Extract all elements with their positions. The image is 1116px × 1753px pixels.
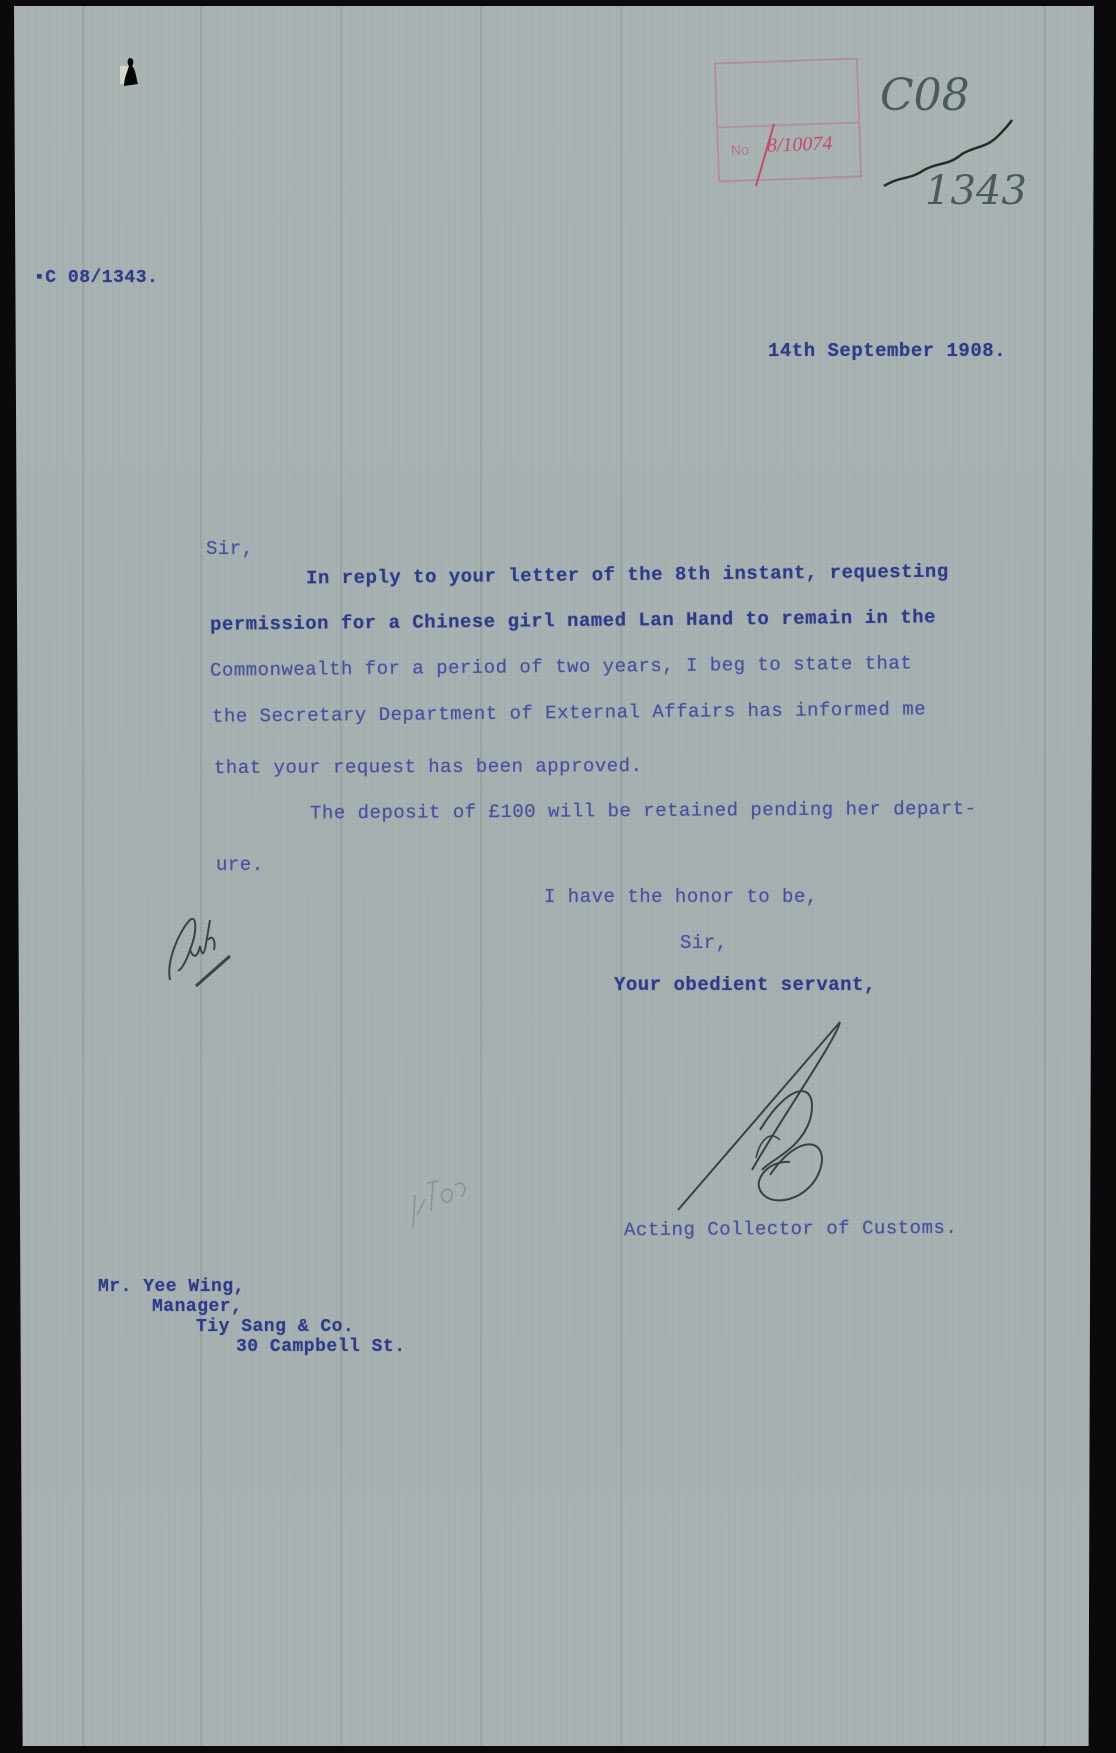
addressee-name: Mr. Yee Wing, (98, 1278, 245, 1296)
stamp-slash-icon (750, 120, 780, 190)
letter-page (14, 6, 1094, 1746)
scan-edge-tab (1104, 1375, 1116, 1399)
pencil-initials-icon (405, 1155, 485, 1235)
closing-line: I have the honor to be, (544, 886, 818, 908)
stamp-divider (718, 122, 858, 129)
registry-stamp: No 8/10074 (714, 58, 862, 183)
paper-ruling (620, 6, 622, 1746)
paper-ruling (82, 6, 84, 1746)
body-line: ure. (216, 854, 264, 876)
handwritten-file-number: 1343 (925, 168, 1027, 214)
body-line: The deposit of £100 will be retained pen… (310, 798, 977, 825)
addressee-company: Tiy Sang & Co. (196, 1318, 354, 1336)
salutation: Sir, (206, 538, 254, 560)
initials-signature-icon (160, 900, 240, 1000)
paper-ruling (200, 6, 202, 1746)
body-line: that your request has been approved. (214, 755, 643, 779)
stamp-label: No (731, 141, 749, 158)
closing-line: Your obedient servant, (614, 974, 876, 996)
paper-ruling (480, 6, 482, 1746)
signatory-title: Acting Collector of Customs. (624, 1217, 957, 1241)
file-reference: ▪C 08/1343. (34, 268, 158, 288)
letter-date: 14th September 1908. (768, 340, 1006, 362)
collector-signature-icon (660, 1010, 850, 1230)
addressee-position: Manager, (152, 1298, 242, 1316)
paper-ruling (1044, 6, 1046, 1746)
paper-ruling (340, 6, 342, 1746)
addressee-street: 30 Campbell St. (236, 1338, 406, 1356)
ink-blot-icon (120, 56, 140, 96)
closing-line: Sir, (680, 932, 728, 954)
